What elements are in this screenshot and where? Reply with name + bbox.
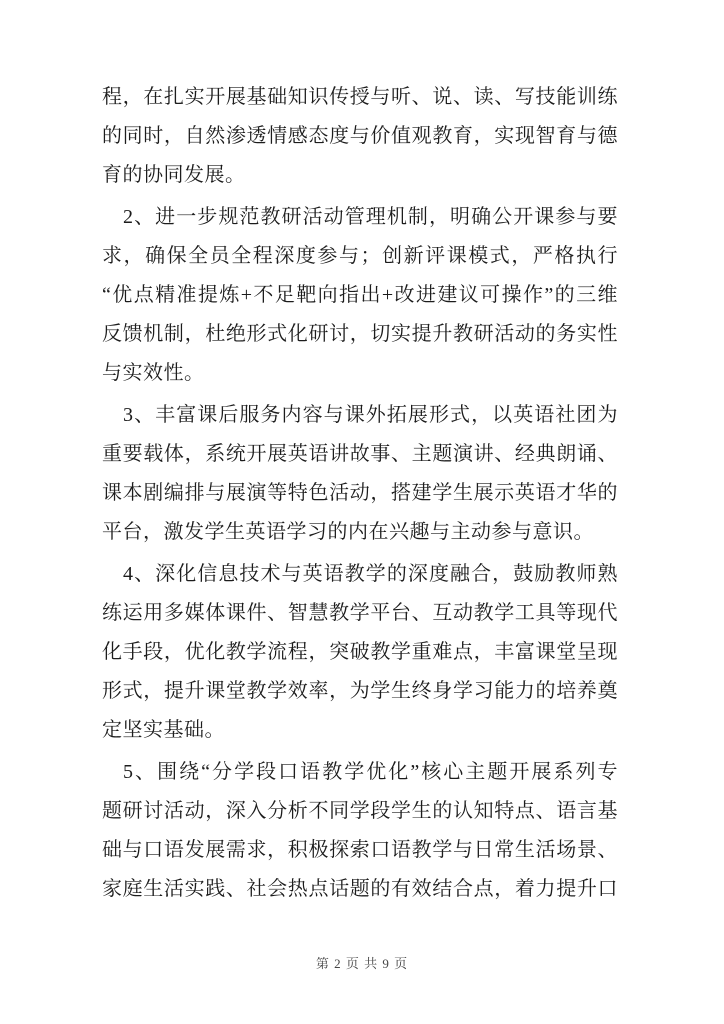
text-line: 题研讨活动，深入分析不同学段学生的认知特点、语言基 bbox=[102, 792, 618, 831]
text-line: 定坚实基础。 bbox=[102, 711, 618, 750]
paragraph: 2、进一步规范教研活动管理机制，明确公开课参与要求，确保全员全程深度参与；创新评… bbox=[102, 198, 618, 393]
text-line: 与实效性。 bbox=[102, 354, 618, 393]
text-line: 4、深化信息技术与英语教学的深度融合，鼓励教师熟 bbox=[102, 555, 618, 594]
text-line: 程，在扎实开展基础知识传授与听、说、读、写技能训练 bbox=[102, 78, 618, 117]
text-line: 2、进一步规范教研活动管理机制，明确公开课参与要 bbox=[102, 198, 618, 237]
text-line: 家庭生活实践、社会热点话题的有效结合点，着力提升口 bbox=[102, 870, 618, 909]
text-line: 化手段，优化教学流程，突破教学重难点，丰富课堂呈现 bbox=[102, 633, 618, 672]
text-line: 练运用多媒体课件、智慧教学平台、互动教学工具等现代 bbox=[102, 594, 618, 633]
text-line: 5、围绕“分学段口语教学优化”核心主题开展系列专 bbox=[102, 753, 618, 792]
document-body: 程，在扎实开展基础知识传授与听、说、读、写技能训练的同时，自然渗透情感态度与价值… bbox=[102, 78, 618, 909]
document-page: 程，在扎实开展基础知识传授与听、说、读、写技能训练的同时，自然渗透情感态度与价值… bbox=[0, 0, 724, 1024]
text-line: 求，确保全员全程深度参与；创新评课模式，严格执行 bbox=[102, 237, 618, 276]
text-line: 育的协同发展。 bbox=[102, 156, 618, 195]
text-line: 形式，提升课堂教学效率，为学生终身学习能力的培养奠 bbox=[102, 672, 618, 711]
text-line: 3、丰富课后服务内容与课外拓展形式，以英语社团为 bbox=[102, 396, 618, 435]
text-line: 的同时，自然渗透情感态度与价值观教育，实现智育与德 bbox=[102, 117, 618, 156]
paragraph: 5、围绕“分学段口语教学优化”核心主题开展系列专题研讨活动，深入分析不同学段学生… bbox=[102, 753, 618, 909]
text-line: “优点精准提炼+不足靶向指出+改进建议可操作”的三维 bbox=[102, 276, 618, 315]
paragraph: 4、深化信息技术与英语教学的深度融合，鼓励教师熟练运用多媒体课件、智慧教学平台、… bbox=[102, 555, 618, 750]
text-line: 课本剧编排与展演等特色活动，搭建学生展示英语才华的 bbox=[102, 474, 618, 513]
page-footer: 第 2 页 共 9 页 bbox=[0, 953, 724, 973]
text-line: 重要载体，系统开展英语讲故事、主题演讲、经典朗诵、 bbox=[102, 435, 618, 474]
text-line: 础与口语发展需求，积极探索口语教学与日常生活场景、 bbox=[102, 831, 618, 870]
text-line: 反馈机制，杜绝形式化研讨，切实提升教研活动的务实性 bbox=[102, 315, 618, 354]
page-number-text: 第 2 页 共 9 页 bbox=[316, 956, 408, 971]
paragraph: 3、丰富课后服务内容与课外拓展形式，以英语社团为重要载体，系统开展英语讲故事、主… bbox=[102, 396, 618, 552]
paragraph: 程，在扎实开展基础知识传授与听、说、读、写技能训练的同时，自然渗透情感态度与价值… bbox=[102, 78, 618, 195]
text-line: 平台，激发学生英语学习的内在兴趣与主动参与意识。 bbox=[102, 513, 618, 552]
